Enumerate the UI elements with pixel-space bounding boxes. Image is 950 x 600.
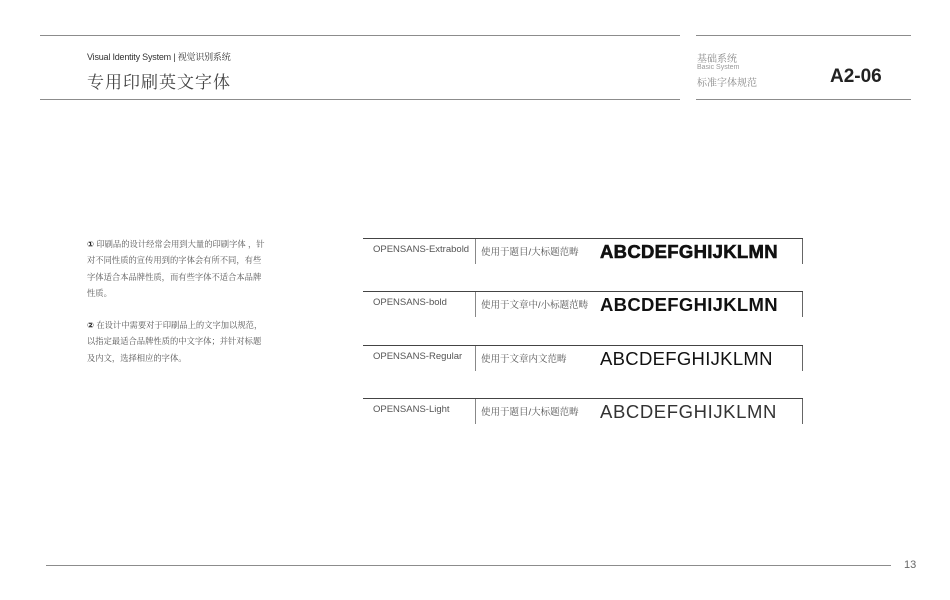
footer-rule [46,565,891,566]
page-number: 13 [904,559,916,571]
font-name: OPENSANS-Light [373,404,450,415]
column-divider [475,239,476,264]
font-sample: ABCDEFGHIJKLMN [600,401,777,423]
page-title: 专用印刷英文字体 [87,68,231,93]
font-usage: 使用于题目/大标题范畴 [481,404,579,418]
column-divider [475,346,476,371]
font-name: OPENSANS-Regular [373,351,462,362]
row-end-cap [802,399,803,424]
font-row-extrabold: OPENSANS-Extrabold 使用于题目/大标题范畴 ABCDEFGHI… [363,238,803,264]
note-item: ② 在设计中需要对于印刷品上的文字加以规范，以指定最适合品牌性质的中文字体；并针… [87,317,267,366]
font-row-bold: OPENSANS-bold 使用于文章中/小标题范畴 ABCDEFGHIJKLM… [363,291,803,317]
note-number: ① [87,239,94,249]
section-rule-top [696,35,911,36]
font-usage: 使用于文章中/小标题范畴 [481,297,588,311]
note-item: ① 印刷品的设计经常会用到大量的印刷字体 ，针对不同性质的宣传用到的字体会有所不… [87,236,267,301]
font-name: OPENSANS-Extrabold [373,244,469,255]
notes-block: ① 印刷品的设计经常会用到大量的印刷字体 ，针对不同性质的宣传用到的字体会有所不… [87,236,267,382]
page-code: A2-06 [830,66,882,88]
header-rule-bottom [40,99,680,100]
font-row-light: OPENSANS-Light 使用于题目/大标题范畴 ABCDEFGHIJKLM… [363,398,803,424]
font-usage: 使用于文章内文范畴 [481,351,567,365]
font-sample: ABCDEFGHIJKLMN [600,348,773,370]
note-text: 在设计中需要对于印刷品上的文字加以规范，以指定最适合品牌性质的中文字体；并针对标… [87,320,262,363]
header-rule-top [40,35,680,36]
section-name-cn: 基础系统 [697,50,737,65]
font-usage: 使用于题目/大标题范畴 [481,244,579,258]
note-text: 印刷品的设计经常会用到大量的印刷字体 ，针对不同性质的宣传用到的字体会有所不同，… [87,239,265,298]
note-number: ② [87,320,94,330]
row-end-cap [802,346,803,371]
section-name-en: Basic System [697,64,739,71]
font-sample: ABCDEFGHIJKLMN [600,241,778,263]
document-subtitle: Visual Identity System | 视觉识别系统 [87,50,231,63]
font-name: OPENSANS-bold [373,297,447,308]
section-subtitle: 标准字体规范 [697,74,757,89]
column-divider [475,399,476,424]
row-end-cap [802,239,803,264]
font-sample: ABCDEFGHIJKLMN [600,294,778,316]
row-end-cap [802,292,803,317]
font-row-regular: OPENSANS-Regular 使用于文章内文范畴 ABCDEFGHIJKLM… [363,345,803,371]
column-divider [475,292,476,317]
section-rule-bottom [696,99,911,100]
